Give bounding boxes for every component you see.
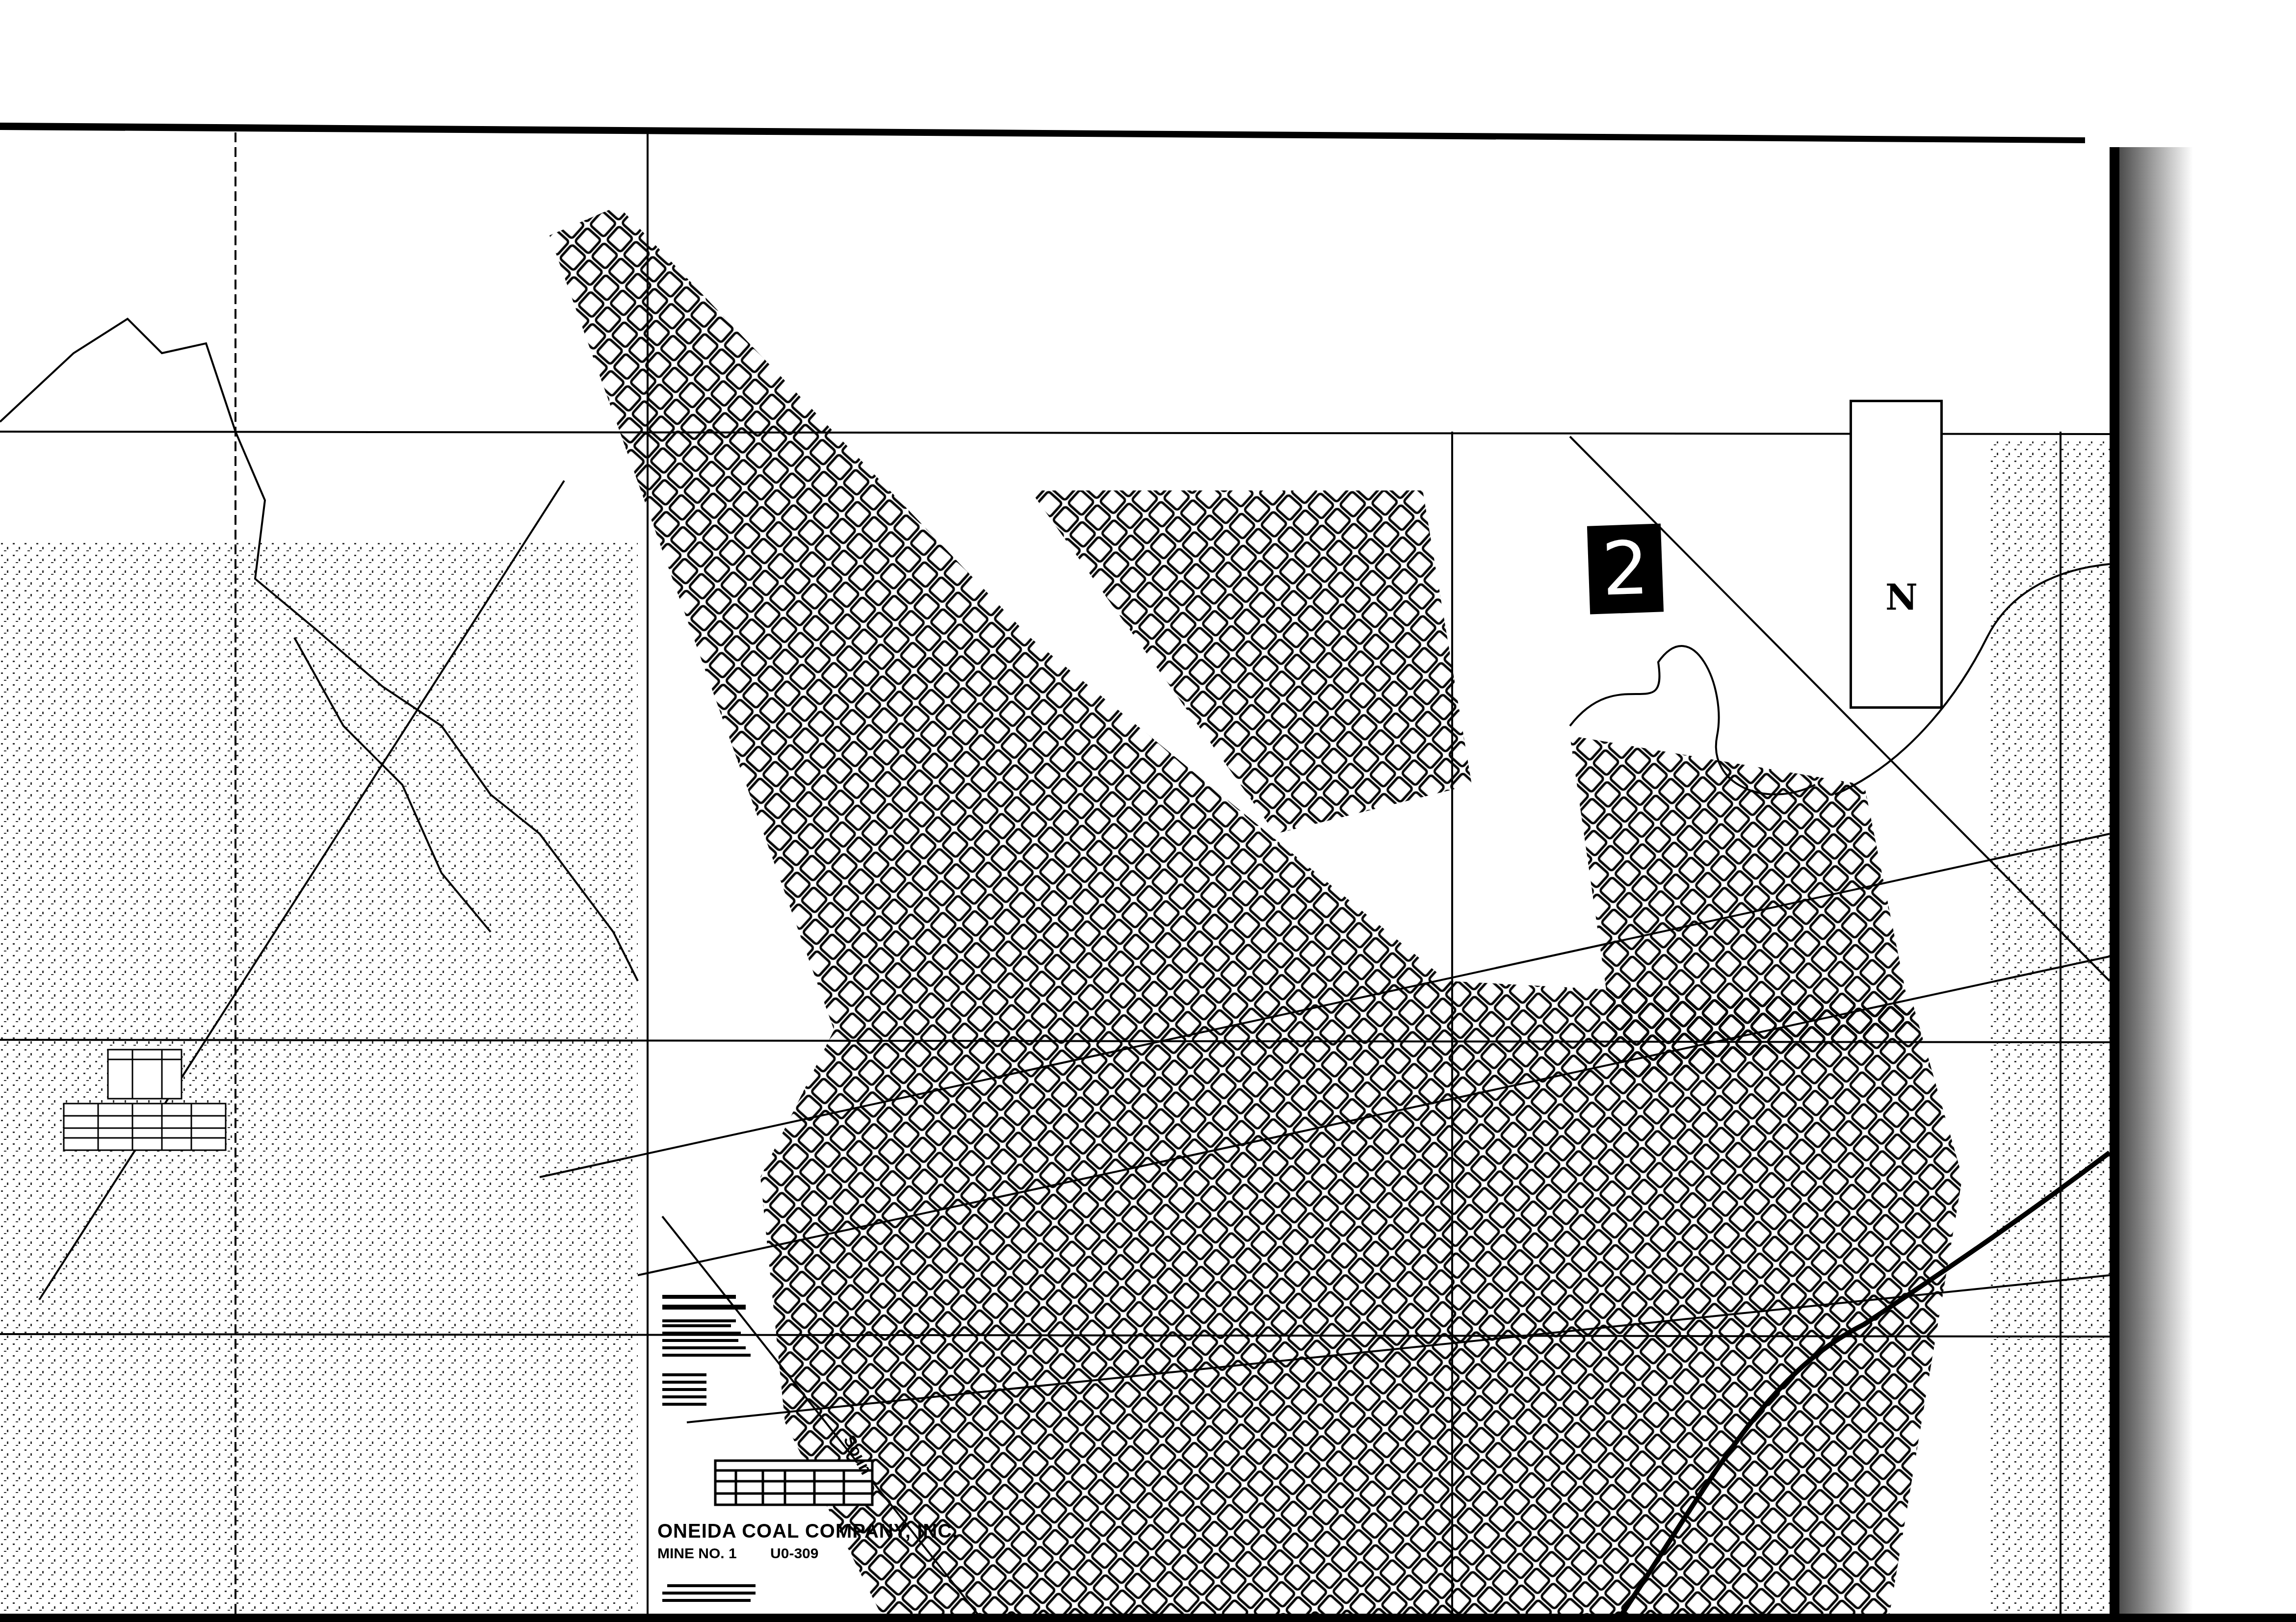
notes-block xyxy=(662,1584,756,1602)
status-table xyxy=(715,1461,872,1505)
mine-number: MINE NO. 1 xyxy=(657,1545,737,1562)
north-arrow-box: N xyxy=(1850,400,1943,709)
company-name: ONEIDA COAL COMPANY, INC. xyxy=(657,1520,958,1543)
mine-identifier: MINE NO. 1 U0-309 xyxy=(657,1545,958,1562)
summary-table xyxy=(64,1104,226,1150)
coordinate-table xyxy=(108,1050,182,1099)
title-block: ONEIDA COAL COMPANY, INC. MINE NO. 1 U0-… xyxy=(657,1520,958,1562)
sheet-number-badge: 2 xyxy=(1587,523,1664,614)
paper-right-edge xyxy=(2110,147,2193,1619)
paper-top-edge xyxy=(0,123,2085,143)
mine-map-sheet xyxy=(0,0,2296,1622)
north-arrow-label: N xyxy=(1885,576,1918,618)
mine-permit-id: U0-309 xyxy=(770,1545,818,1562)
